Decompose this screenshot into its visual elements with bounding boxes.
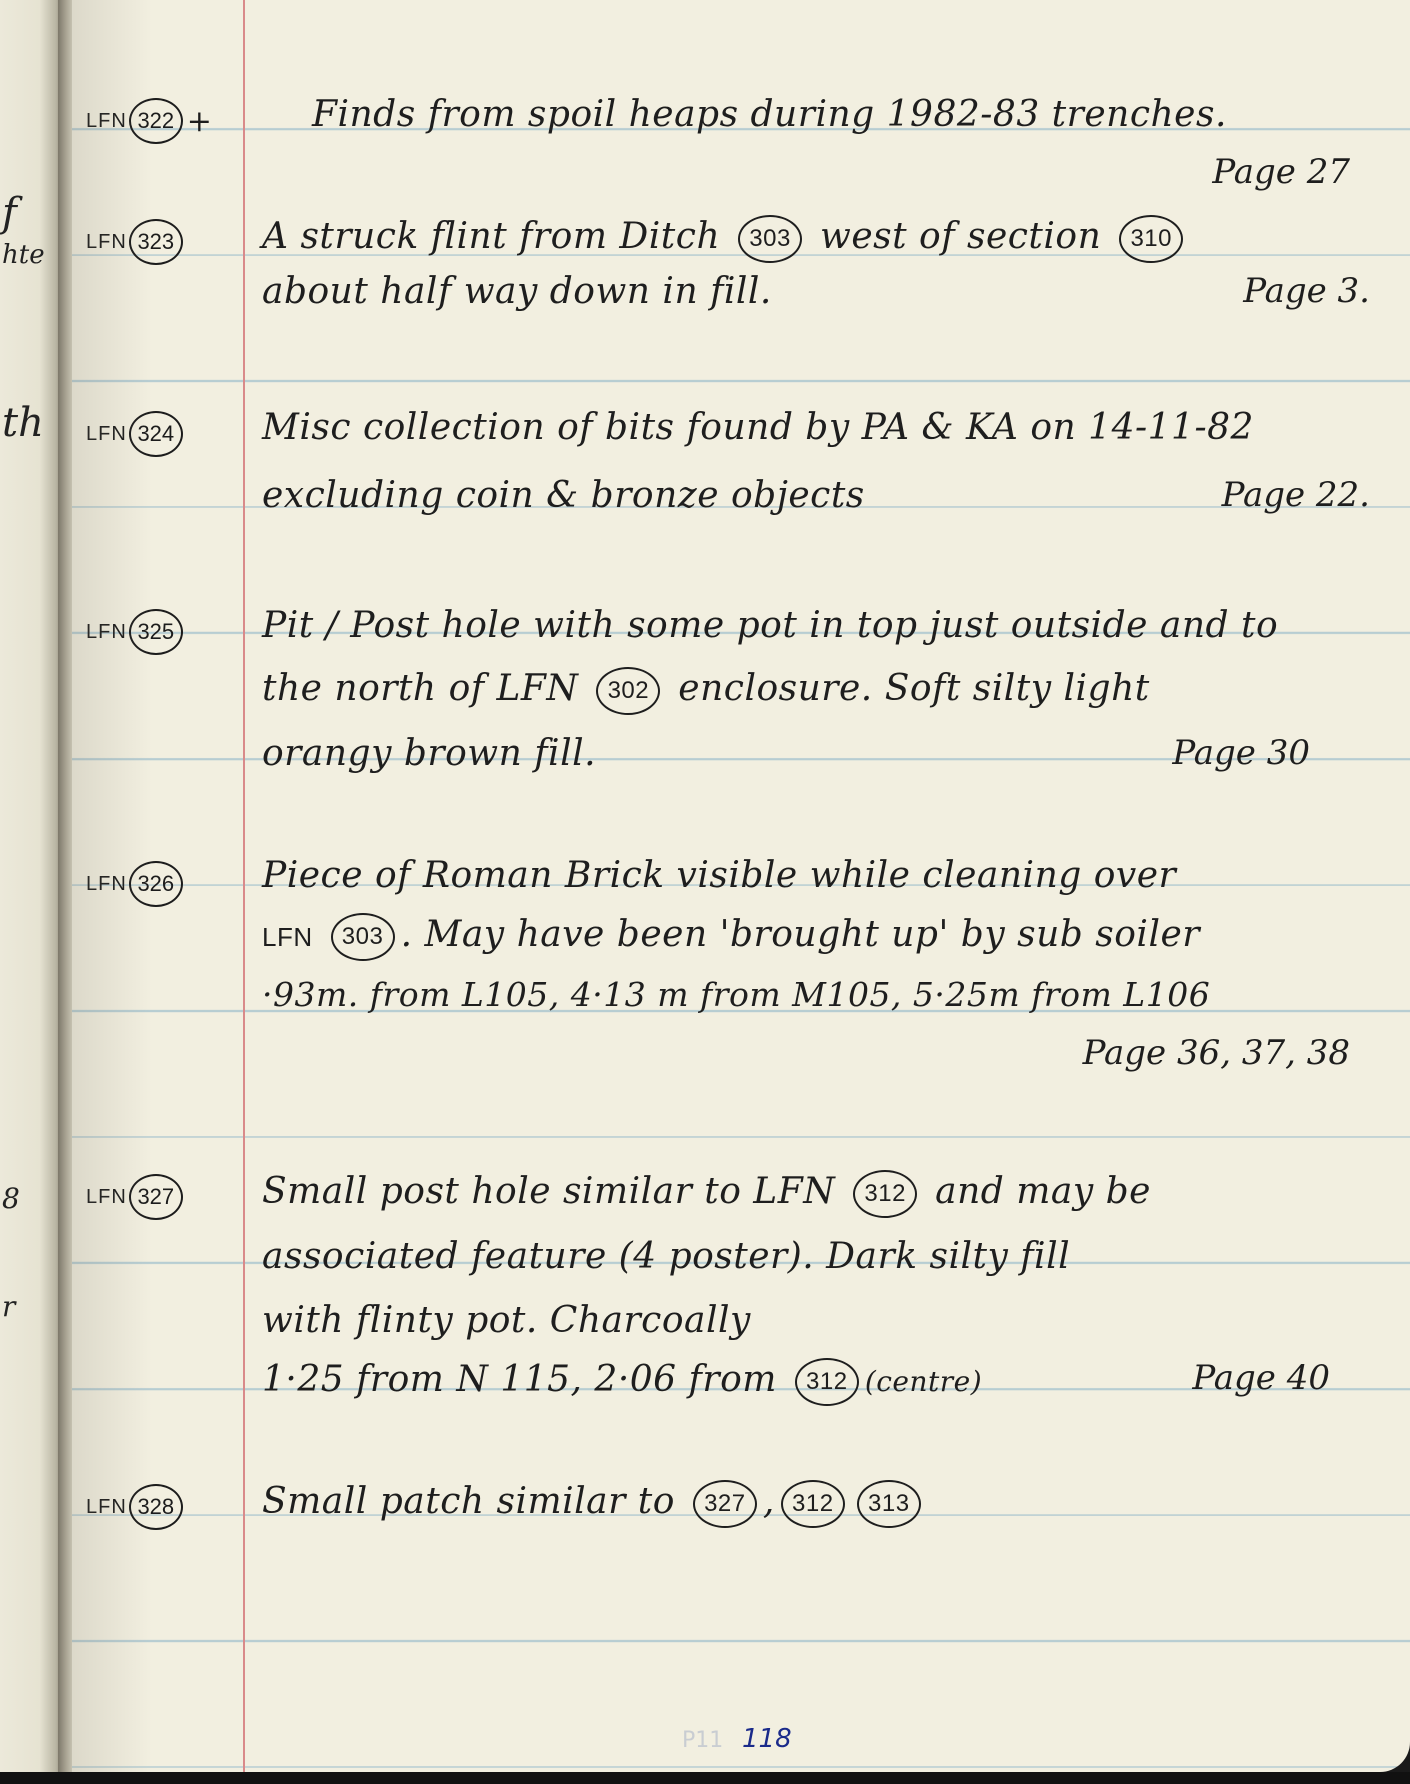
page-reference: Page 3.	[1243, 271, 1370, 311]
circled-reference: 302	[596, 667, 660, 715]
entry-text-line: ·93m. from L105, 4·13 m from M105, 5·25m…	[262, 975, 1380, 1014]
page-reference: Page 22.	[1222, 475, 1370, 515]
page-reference: Page 36, 37, 38	[1083, 1033, 1350, 1073]
entry-id: LFN 326	[86, 861, 183, 907]
plus-mark: +	[187, 104, 212, 139]
circled-number: 327	[129, 1174, 183, 1220]
notebook-page: LFN 322 + Finds from spoil heaps during …	[72, 0, 1410, 1772]
circled-reference: 303	[738, 215, 802, 263]
text: LFN	[262, 922, 313, 952]
circled-number: 328	[129, 1484, 183, 1530]
circled-number: 325	[129, 609, 183, 655]
page-number: 118	[742, 1724, 792, 1754]
text: the north of LFN	[262, 668, 578, 709]
entry-text-line: Misc collection of bits found by PA & KA…	[262, 407, 1380, 448]
entry-id: LFN 324	[86, 411, 183, 457]
circled-number: 322	[129, 98, 183, 144]
facing-page-fragment: hte	[2, 240, 45, 270]
circled-reference: 312	[795, 1358, 859, 1406]
facing-page-fragment: r	[2, 1290, 15, 1323]
lfn-label: LFN	[86, 873, 127, 896]
circled-reference: 327	[693, 1480, 757, 1528]
lfn-label: LFN	[86, 1496, 127, 1519]
text: 1·25 from N 115, 2·06 from	[262, 1359, 777, 1400]
lfn-label: LFN	[86, 423, 127, 446]
entry-text-line: Small patch similar to 327,312313	[262, 1480, 1380, 1528]
faint-stamp: P11	[682, 1728, 723, 1753]
circled-reference: 313	[857, 1480, 921, 1528]
entry-text-line: Piece of Roman Brick visible while clean…	[262, 855, 1380, 896]
facing-page-fragment: th	[2, 400, 44, 446]
facing-page-fragment: f	[2, 190, 17, 236]
margin-line	[243, 0, 245, 1772]
entry-text-line: about half way down in fill.	[262, 271, 1380, 312]
entry-text-line: associated feature (4 poster). Dark silt…	[262, 1236, 1380, 1277]
entry-text-line: excluding coin & bronze objects	[262, 475, 1380, 516]
text: Small patch similar to	[262, 1481, 675, 1522]
lfn-label: LFN	[86, 621, 127, 644]
entry-text-line: A struck flint from Ditch 303 west of se…	[262, 215, 1380, 263]
circled-reference: 312	[853, 1170, 917, 1218]
circled-number: 323	[129, 219, 183, 265]
text: and may be	[935, 1171, 1151, 1212]
circled-reference: 310	[1119, 215, 1183, 263]
entry-id: LFN 328	[86, 1484, 183, 1530]
circled-number: 324	[129, 411, 183, 457]
entry-text-line: Small post hole similar to LFN 312 and m…	[262, 1170, 1380, 1218]
lfn-label: LFN	[86, 110, 127, 133]
text: A struck flint from Ditch	[262, 216, 720, 257]
entry-id: LFN 325	[86, 609, 183, 655]
entry-id: LFN 322 +	[86, 98, 212, 144]
circled-reference: 303	[331, 913, 395, 961]
entry-text-line: LFN 303. May have been 'brought up' by s…	[262, 913, 1380, 961]
facing-page-fragment: 8	[2, 1182, 20, 1215]
text: Small post hole similar to LFN	[262, 1171, 835, 1212]
circled-number: 326	[129, 861, 183, 907]
circled-reference: 312	[781, 1480, 845, 1528]
page-reference: Page 27	[1212, 152, 1350, 192]
page-reference: Page 30	[1172, 733, 1310, 773]
text: (centre)	[865, 1365, 982, 1398]
entry-id: LFN 323	[86, 219, 183, 265]
entry-text-line: Finds from spoil heaps during 1982-83 tr…	[312, 94, 1380, 135]
text: ,	[763, 1481, 775, 1522]
facing-page-edge: f hte th 8 r	[0, 0, 66, 1772]
lfn-label: LFN	[86, 1186, 127, 1209]
text: enclosure. Soft silty light	[678, 668, 1149, 709]
lfn-label: LFN	[86, 231, 127, 254]
entry-text-line: the north of LFN 302 enclosure. Soft sil…	[262, 667, 1380, 715]
entry-text-line: with flinty pot. Charcoally	[262, 1300, 1380, 1341]
text: . May have been 'brought up' by sub soil…	[401, 914, 1200, 955]
page-reference: Page 40	[1192, 1358, 1330, 1398]
text: west of section	[820, 216, 1101, 257]
scan-bottom-edge	[0, 1772, 1410, 1784]
entry-id: LFN 327	[86, 1174, 183, 1220]
entry-text-line: Pit / Post hole with some pot in top jus…	[262, 605, 1380, 646]
